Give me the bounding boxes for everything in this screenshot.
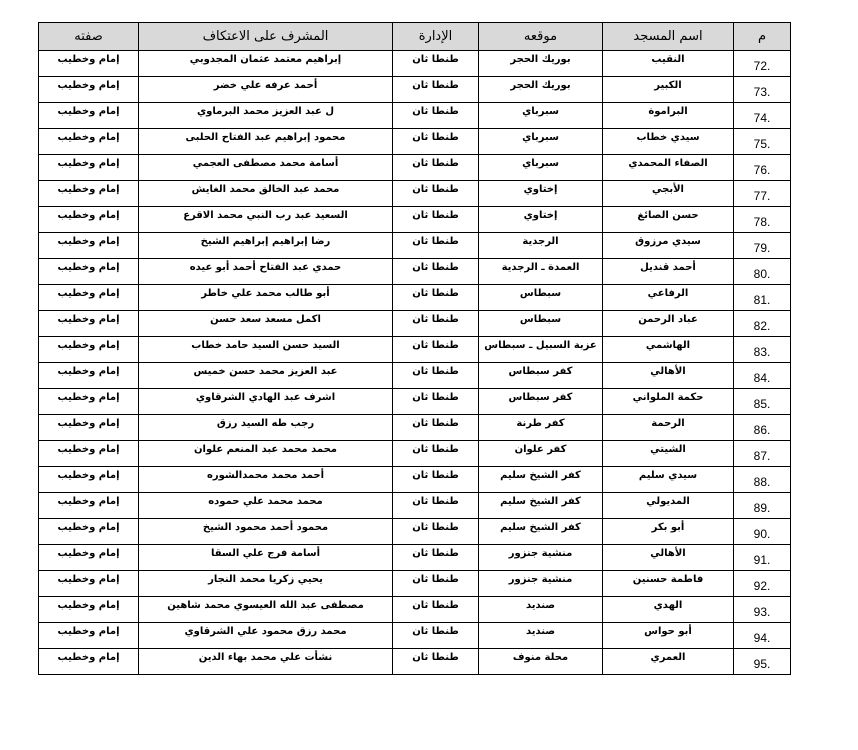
cell-location: كفر سبطاس	[479, 363, 603, 389]
cell-administration: طنطا ثان	[393, 415, 479, 441]
cell-location: كفر الشيخ سليم	[479, 519, 603, 545]
cell-administration: طنطا ثان	[393, 467, 479, 493]
cell-supervisor-name: مصطفى عبد الله العيسوي محمد شاهين	[139, 597, 393, 623]
cell-supervisor-name: أسامة محمد مصطفى العجمي	[139, 155, 393, 181]
cell-supervisor-name: أحمد محمد محمدالشوره	[139, 467, 393, 493]
cell-location: سبطاس	[479, 285, 603, 311]
cell-role: إمام وخطيب	[39, 129, 139, 155]
cell-row-number: .89	[734, 493, 791, 519]
cell-location: عزبة السبيل ـ سبطاس	[479, 337, 603, 363]
cell-row-number: .92	[734, 571, 791, 597]
cell-row-number: .75	[734, 129, 791, 155]
table-row: .90أبو بكركفر الشيخ سليمطنطا ثانمحمود أح…	[39, 519, 791, 545]
header-location: موقعه	[479, 23, 603, 51]
cell-location: كفر طرنة	[479, 415, 603, 441]
cell-mosque-name: البراموة	[603, 103, 734, 129]
cell-administration: طنطا ثان	[393, 389, 479, 415]
cell-mosque-name: سيدي سليم	[603, 467, 734, 493]
cell-administration: طنطا ثان	[393, 233, 479, 259]
cell-supervisor-name: محمود إبراهيم عبد الفتاح الحلبى	[139, 129, 393, 155]
cell-row-number: .80	[734, 259, 791, 285]
cell-role: إمام وخطيب	[39, 155, 139, 181]
cell-location: كفر علوان	[479, 441, 603, 467]
cell-role: إمام وخطيب	[39, 597, 139, 623]
table-row: .76الصفاء المحمديسبربايطنطا ثانأسامة محم…	[39, 155, 791, 181]
cell-row-number: .77	[734, 181, 791, 207]
cell-row-number: .86	[734, 415, 791, 441]
cell-row-number: .81	[734, 285, 791, 311]
table-row: .78حسن الصائغإختاويطنطا ثانالسعيد عبد رب…	[39, 207, 791, 233]
cell-mosque-name: سيدي مرزوق	[603, 233, 734, 259]
table-row: .82عباد الرحمنسبطاسطنطا ثاناكمل مسعد سعد…	[39, 311, 791, 337]
cell-location: سبرباي	[479, 155, 603, 181]
cell-mosque-name: الصفاء المحمدي	[603, 155, 734, 181]
cell-supervisor-name: محمود أحمد محمود الشيخ	[139, 519, 393, 545]
cell-mosque-name: عباد الرحمن	[603, 311, 734, 337]
cell-location: إختاوي	[479, 181, 603, 207]
cell-supervisor-name: اشرف عبد الهادي الشرقاوي	[139, 389, 393, 415]
cell-mosque-name: الرحمة	[603, 415, 734, 441]
cell-row-number: .72	[734, 51, 791, 77]
table-row: .75سيدي خطابسبربايطنطا ثانمحمود إبراهيم …	[39, 129, 791, 155]
cell-administration: طنطا ثان	[393, 259, 479, 285]
cell-administration: طنطا ثان	[393, 545, 479, 571]
cell-location: الرجدية	[479, 233, 603, 259]
cell-mosque-name: المديولي	[603, 493, 734, 519]
cell-administration: طنطا ثان	[393, 519, 479, 545]
cell-role: إمام وخطيب	[39, 545, 139, 571]
table-row: .72النقيببوريك الحجرطنطا ثانإبراهيم معتم…	[39, 51, 791, 77]
cell-role: إمام وخطيب	[39, 441, 139, 467]
cell-location: كفر سبطاس	[479, 389, 603, 415]
table-header-row: م اسم المسجد موقعه الإدارة المشرف على ال…	[39, 23, 791, 51]
cell-mosque-name: أبو حواس	[603, 623, 734, 649]
cell-mosque-name: حكمة الملواني	[603, 389, 734, 415]
cell-administration: طنطا ثان	[393, 311, 479, 337]
cell-supervisor-name: رجب طه السيد رزق	[139, 415, 393, 441]
cell-location: منشية جنزور	[479, 571, 603, 597]
cell-supervisor-name: رضا إبراهيم إبراهيم الشيخ	[139, 233, 393, 259]
table-row: .83الهاشميعزبة السبيل ـ سبطاسطنطا ثانالس…	[39, 337, 791, 363]
cell-administration: طنطا ثان	[393, 207, 479, 233]
cell-row-number: .88	[734, 467, 791, 493]
cell-role: إمام وخطيب	[39, 493, 139, 519]
table-row: .74البراموةسبربايطنطا ثانل عبد العزيز مح…	[39, 103, 791, 129]
cell-mosque-name: الأهالي	[603, 545, 734, 571]
header-supervisor: المشرف على الاعتكاف	[139, 23, 393, 51]
cell-role: إمام وخطيب	[39, 649, 139, 675]
cell-location: بوريك الحجر	[479, 51, 603, 77]
table-row: .73الكبيربوريك الحجرطنطا ثانأحمد عرفه عل…	[39, 77, 791, 103]
cell-administration: طنطا ثان	[393, 51, 479, 77]
cell-mosque-name: فاطمة حسنين	[603, 571, 734, 597]
header-num: م	[734, 23, 791, 51]
cell-supervisor-name: محمد رزق محمود علي الشرقاوي	[139, 623, 393, 649]
cell-mosque-name: أحمد قنديل	[603, 259, 734, 285]
cell-administration: طنطا ثان	[393, 103, 479, 129]
cell-role: إمام وخطيب	[39, 233, 139, 259]
cell-mosque-name: النقيب	[603, 51, 734, 77]
cell-row-number: .78	[734, 207, 791, 233]
cell-mosque-name: الأبجي	[603, 181, 734, 207]
cell-role: إمام وخطيب	[39, 363, 139, 389]
table-row: .84الأهاليكفر سبطاسطنطا ثانعبد العزيز مح…	[39, 363, 791, 389]
table-row: .79سيدي مرزوقالرجديةطنطا ثانرضا إبراهيم …	[39, 233, 791, 259]
cell-mosque-name: الكبير	[603, 77, 734, 103]
table-row: .94أبو حواسصنديدطنطا ثانمحمد رزق محمود ع…	[39, 623, 791, 649]
cell-administration: طنطا ثان	[393, 363, 479, 389]
cell-administration: طنطا ثان	[393, 155, 479, 181]
cell-role: إمام وخطيب	[39, 181, 139, 207]
table-row: .95العمريمحلة منوفطنطا ثاننشأت علي محمد …	[39, 649, 791, 675]
header-mosque-name: اسم المسجد	[603, 23, 734, 51]
cell-row-number: .87	[734, 441, 791, 467]
table-row: .86الرحمةكفر طرنةطنطا ثانرجب طه السيد رز…	[39, 415, 791, 441]
cell-row-number: .85	[734, 389, 791, 415]
cell-administration: طنطا ثان	[393, 441, 479, 467]
table-row: .85حكمة الملوانيكفر سبطاسطنطا ثاناشرف عب…	[39, 389, 791, 415]
cell-supervisor-name: أحمد عرفه علي خضر	[139, 77, 393, 103]
cell-administration: طنطا ثان	[393, 493, 479, 519]
cell-supervisor-name: محمد محمد عبد المنعم علوان	[139, 441, 393, 467]
cell-role: إمام وخطيب	[39, 285, 139, 311]
cell-role: إمام وخطيب	[39, 415, 139, 441]
table-row: .91الأهاليمنشية جنزورطنطا ثانأسامة فرج ع…	[39, 545, 791, 571]
cell-location: كفر الشيخ سليم	[479, 493, 603, 519]
cell-location: صنديد	[479, 623, 603, 649]
cell-row-number: .76	[734, 155, 791, 181]
cell-role: إمام وخطيب	[39, 467, 139, 493]
cell-role: إمام وخطيب	[39, 389, 139, 415]
cell-row-number: .73	[734, 77, 791, 103]
table-row: .80أحمد قنديلالعمدة ـ الرجديةطنطا ثانحمد…	[39, 259, 791, 285]
cell-row-number: .79	[734, 233, 791, 259]
cell-mosque-name: حسن الصائغ	[603, 207, 734, 233]
cell-administration: طنطا ثان	[393, 597, 479, 623]
cell-role: إمام وخطيب	[39, 623, 139, 649]
cell-location: محلة منوف	[479, 649, 603, 675]
cell-role: إمام وخطيب	[39, 259, 139, 285]
cell-supervisor-name: نشأت علي محمد بهاء الدين	[139, 649, 393, 675]
cell-supervisor-name: اكمل مسعد سعد حسن	[139, 311, 393, 337]
cell-administration: طنطا ثان	[393, 129, 479, 155]
cell-mosque-name: سيدي خطاب	[603, 129, 734, 155]
cell-location: سبرباي	[479, 103, 603, 129]
cell-location: بوريك الحجر	[479, 77, 603, 103]
cell-supervisor-name: إبراهيم معتمد عثمان المجدوبي	[139, 51, 393, 77]
cell-administration: طنطا ثان	[393, 285, 479, 311]
header-administration: الإدارة	[393, 23, 479, 51]
cell-location: منشية جنزور	[479, 545, 603, 571]
cell-administration: طنطا ثان	[393, 181, 479, 207]
cell-role: إمام وخطيب	[39, 519, 139, 545]
cell-role: إمام وخطيب	[39, 103, 139, 129]
cell-row-number: .90	[734, 519, 791, 545]
cell-row-number: .74	[734, 103, 791, 129]
cell-location: سبطاس	[479, 311, 603, 337]
cell-row-number: .93	[734, 597, 791, 623]
cell-supervisor-name: أسامة فرج علي السقا	[139, 545, 393, 571]
cell-supervisor-name: ل عبد العزيز محمد البرماوي	[139, 103, 393, 129]
cell-row-number: .83	[734, 337, 791, 363]
cell-location: صنديد	[479, 597, 603, 623]
cell-mosque-name: أبو بكر	[603, 519, 734, 545]
cell-supervisor-name: محمد محمد علي حموده	[139, 493, 393, 519]
cell-mosque-name: العمري	[603, 649, 734, 675]
cell-supervisor-name: السيد حسن السيد حامد خطاب	[139, 337, 393, 363]
cell-row-number: .91	[734, 545, 791, 571]
cell-role: إمام وخطيب	[39, 337, 139, 363]
document-page: م اسم المسجد موقعه الإدارة المشرف على ال…	[38, 22, 790, 675]
cell-row-number: .82	[734, 311, 791, 337]
cell-mosque-name: الرفاعي	[603, 285, 734, 311]
cell-supervisor-name: عبد العزيز محمد حسن خميس	[139, 363, 393, 389]
cell-row-number: .84	[734, 363, 791, 389]
cell-supervisor-name: أبو طالب محمد علي خاطر	[139, 285, 393, 311]
table-row: .81الرفاعيسبطاسطنطا ثانأبو طالب محمد علي…	[39, 285, 791, 311]
cell-administration: طنطا ثان	[393, 623, 479, 649]
cell-location: إختاوي	[479, 207, 603, 233]
cell-row-number: .95	[734, 649, 791, 675]
cell-row-number: .94	[734, 623, 791, 649]
cell-location: كفر الشيخ سليم	[479, 467, 603, 493]
cell-mosque-name: الشيتي	[603, 441, 734, 467]
header-role: صفته	[39, 23, 139, 51]
cell-supervisor-name: السعيد عبد رب النبي محمد الاقرع	[139, 207, 393, 233]
cell-mosque-name: الهدي	[603, 597, 734, 623]
itikaf-supervisors-table: م اسم المسجد موقعه الإدارة المشرف على ال…	[38, 22, 791, 675]
cell-mosque-name: الأهالي	[603, 363, 734, 389]
table-row: .89المديوليكفر الشيخ سليمطنطا ثانمحمد مح…	[39, 493, 791, 519]
cell-role: إمام وخطيب	[39, 51, 139, 77]
cell-mosque-name: الهاشمي	[603, 337, 734, 363]
cell-supervisor-name: حمدي عبد الفتاح أحمد أبو عيده	[139, 259, 393, 285]
cell-role: إمام وخطيب	[39, 77, 139, 103]
cell-administration: طنطا ثان	[393, 337, 479, 363]
table-row: .77الأبجيإختاويطنطا ثانمحمد عبد الخالق م…	[39, 181, 791, 207]
cell-administration: طنطا ثان	[393, 77, 479, 103]
cell-role: إمام وخطيب	[39, 207, 139, 233]
table-row: .93الهديصنديدطنطا ثانمصطفى عبد الله العي…	[39, 597, 791, 623]
cell-administration: طنطا ثان	[393, 571, 479, 597]
cell-administration: طنطا ثان	[393, 649, 479, 675]
table-row: .92فاطمة حسنينمنشية جنزورطنطا ثانيحيي زك…	[39, 571, 791, 597]
cell-supervisor-name: يحيي زكريا محمد النجار	[139, 571, 393, 597]
cell-supervisor-name: محمد عبد الخالق محمد الغايش	[139, 181, 393, 207]
table-row: .87الشيتيكفر علوانطنطا ثانمحمد محمد عبد …	[39, 441, 791, 467]
cell-role: إمام وخطيب	[39, 571, 139, 597]
cell-location: العمدة ـ الرجدية	[479, 259, 603, 285]
table-row: .88سيدي سليمكفر الشيخ سليمطنطا ثانأحمد م…	[39, 467, 791, 493]
cell-location: سبرباي	[479, 129, 603, 155]
cell-role: إمام وخطيب	[39, 311, 139, 337]
